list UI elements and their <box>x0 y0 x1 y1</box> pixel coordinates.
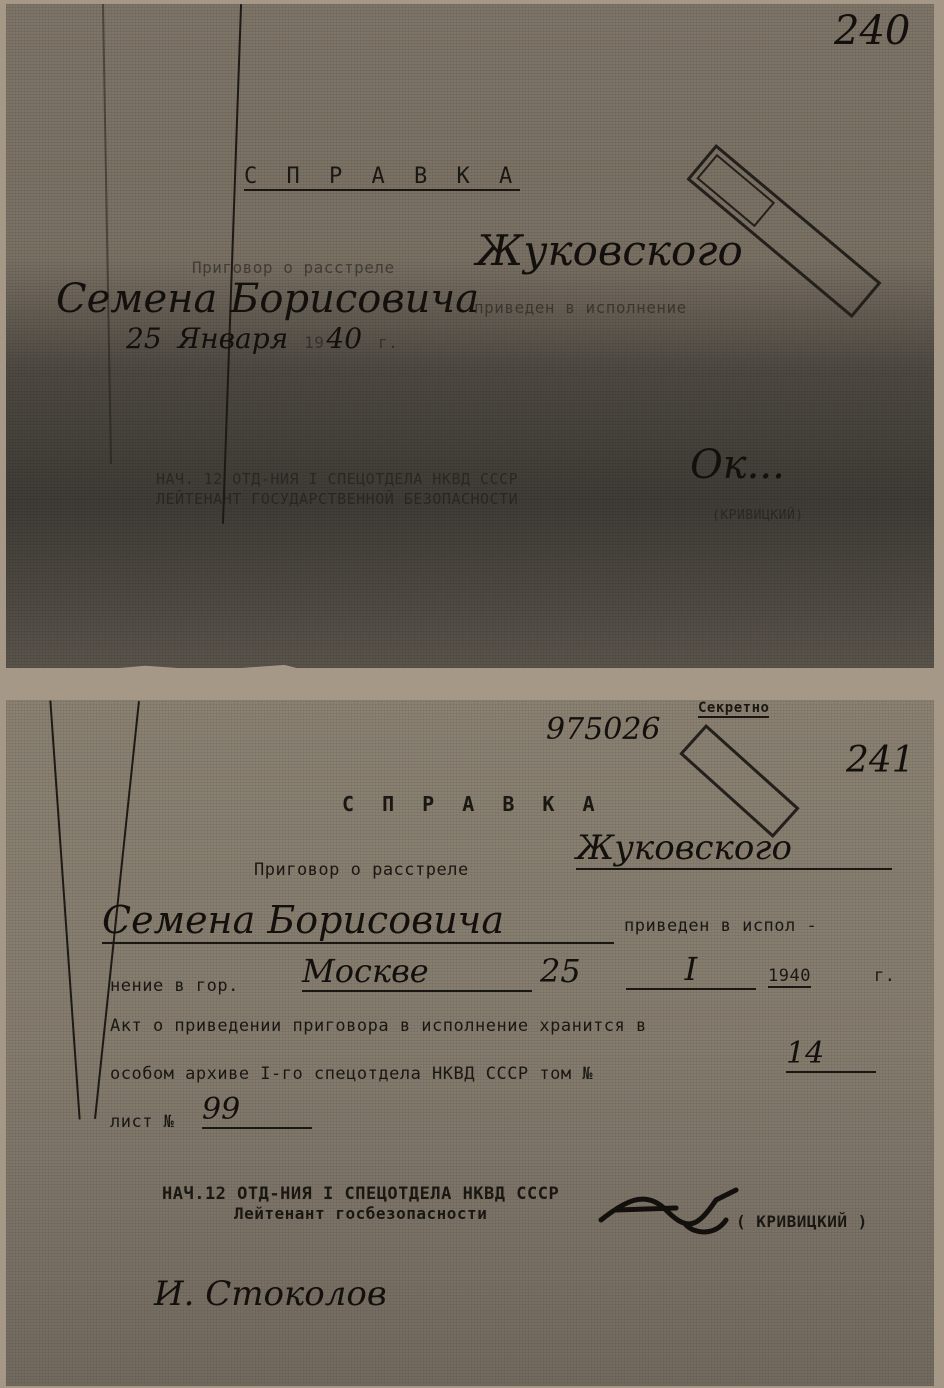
bottom-document: Секретно 975026 241 С П Р А В К А Пригов… <box>6 700 934 1386</box>
signature-name: ( КРИВИЦКИЙ ) <box>736 1212 868 1231</box>
date-year-prefix: 19 <box>304 333 324 352</box>
signature-block-line2: Лейтенант госбезопасности <box>234 1204 487 1223</box>
execution-date: 25 Января 19 40 г. <box>126 322 398 355</box>
executed-text: приведен в исполнение <box>474 298 687 317</box>
sheet-number: 99 <box>202 1092 312 1129</box>
sentence-text: Приговор о расстреле <box>192 258 395 277</box>
date-day: 25 <box>540 952 581 990</box>
archive-number: 975026 <box>546 712 661 747</box>
fold-line <box>49 700 80 1119</box>
executed-text: приведен в испол - <box>624 916 817 936</box>
date-year: 40 <box>326 322 362 355</box>
date-month: I <box>626 950 756 990</box>
act-text: Акт о приведении приговора в исполнение … <box>110 1016 647 1036</box>
footer-handwritten-note: И. Стоколов <box>154 1274 387 1314</box>
signature-name: (КРИВИЦКИЙ) <box>712 508 804 523</box>
secret-stamp <box>679 724 799 838</box>
document-title: С П Р А В К А <box>342 792 603 816</box>
top-document: 240 С П Р А В К А Приговор о расстреле Ж… <box>6 4 934 668</box>
signature-block-line1: НАЧ.12 ОТД-НИЯ I СПЕЦОТДЕЛА НКВД СССР <box>162 1184 559 1204</box>
signature: Ок... <box>690 442 785 488</box>
signature-scribble <box>596 1180 746 1240</box>
document-title: С П Р А В К А <box>244 164 520 191</box>
surname-handwritten: Жуковского <box>576 828 892 870</box>
date-day: 25 <box>126 322 162 355</box>
city-handwritten: Москве <box>302 952 532 992</box>
name-handwritten: Семена Борисовича <box>102 898 614 944</box>
volume-number: 14 <box>786 1036 876 1073</box>
page-number: 241 <box>846 740 915 781</box>
secret-stamp-label: Секретно <box>698 700 769 718</box>
sentence-text: Приговор о расстреле <box>254 860 469 880</box>
name-handwritten: Семена Борисовича <box>56 276 479 322</box>
sheet-label: лист № <box>110 1112 174 1132</box>
date-suffix: г. <box>378 333 398 352</box>
surname-handwritten: Жуковского <box>476 226 743 275</box>
date-month: Января <box>178 322 289 355</box>
signature-block-line1: НАЧ. 12 ОТД-НИЯ I СПЕЦОТДЕЛА НКВД СССР <box>156 470 518 488</box>
city-prefix: нение в гор. <box>110 976 239 996</box>
date-suffix: г. <box>874 966 895 986</box>
page-number: 240 <box>834 8 910 54</box>
date-year: 1940 <box>768 966 811 988</box>
fold-line <box>102 4 112 464</box>
archive-text: особом архиве I-го спецотдела НКВД СССР … <box>110 1064 593 1084</box>
signature-block-line2: ЛЕЙТЕНАНТ ГОСУДАРСТВЕННОЙ БЕЗОПАСНОСТИ <box>156 490 518 508</box>
